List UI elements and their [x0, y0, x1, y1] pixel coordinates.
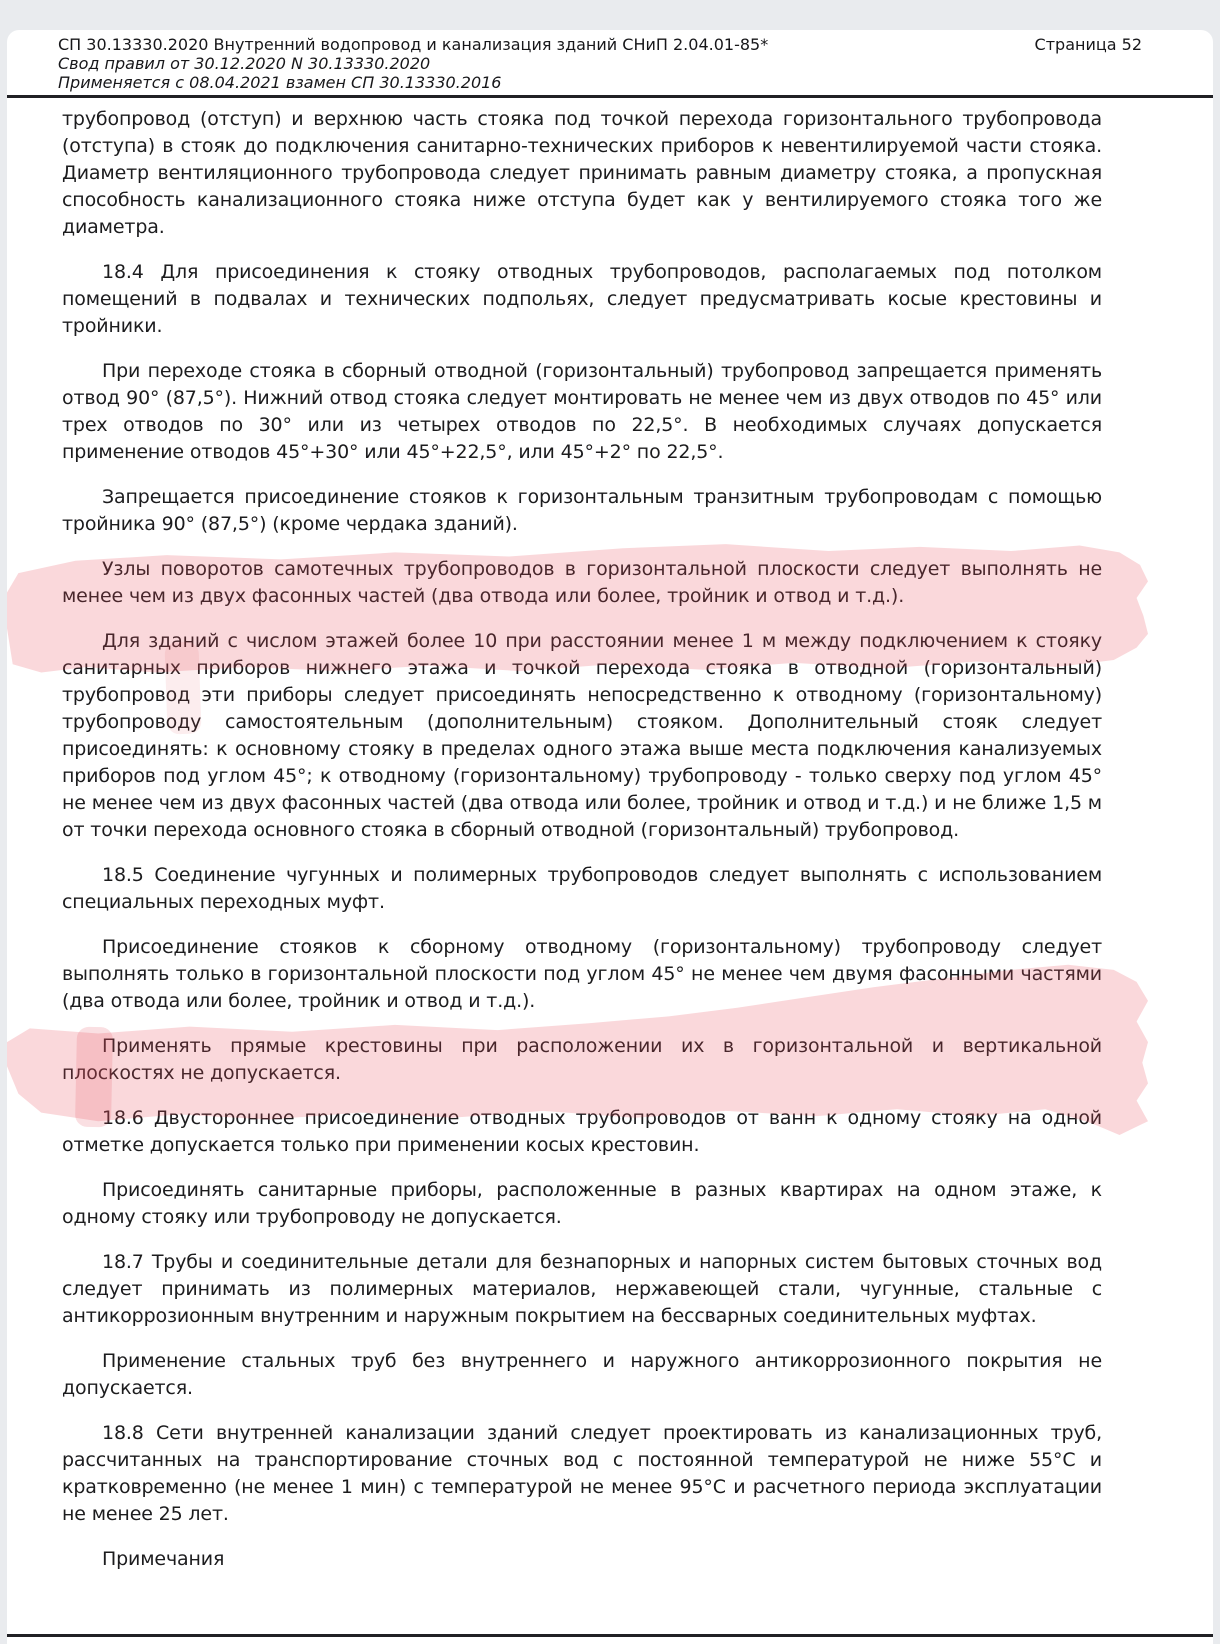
- paragraph-text: Применение стальных труб без внутреннего…: [62, 1350, 1102, 1399]
- paragraph: Примечания: [62, 1546, 1102, 1573]
- paragraph-text: Присоединять санитарные приборы, располо…: [62, 1179, 1102, 1228]
- document-header: СП 30.13330.2020 Внутренний водопровод и…: [7, 30, 1213, 92]
- paragraph-text: 18.5 Соединение чугунных и полимерных тр…: [62, 864, 1102, 913]
- paragraph-text: 18.7 Трубы и соединительные детали для б…: [62, 1251, 1102, 1327]
- paragraph: Применение стальных труб без внутреннего…: [62, 1348, 1102, 1402]
- paragraph: При переходе стояка в сборный отводной (…: [62, 358, 1102, 466]
- paragraph: Присоединять санитарные приборы, располо…: [62, 1177, 1102, 1231]
- paragraph: 18.8 Сети внутренней канализации зданий …: [62, 1420, 1102, 1528]
- header-title-row: СП 30.13330.2020 Внутренний водопровод и…: [58, 35, 1142, 54]
- paragraph-text: 18.6 Двустороннее присоединение отводных…: [62, 1107, 1102, 1156]
- document-subtitle-rule-date: Свод правил от 30.12.2020 N 30.13330.202…: [58, 54, 1142, 73]
- paragraph: 18.6 Двустороннее присоединение отводных…: [62, 1105, 1102, 1159]
- footer-divider: [7, 1634, 1213, 1637]
- paragraph-text: Присоединение стояков к сборному отводно…: [62, 936, 1102, 1012]
- paragraph-text: Узлы поворотов самотечных трубопроводов …: [62, 558, 1102, 607]
- paragraph-text: При переходе стояка в сборный отводной (…: [62, 360, 1102, 463]
- paragraph-text: Применять прямые крестовины при располож…: [62, 1035, 1102, 1084]
- document-body: трубопровод (отступ) и верхнюю часть сто…: [7, 98, 1213, 1573]
- paragraph: Узлы поворотов самотечных трубопроводов …: [62, 556, 1102, 610]
- paragraph-text: Примечания: [102, 1548, 224, 1570]
- paragraph: 18.4 Для присоединения к стояку отводных…: [62, 259, 1102, 340]
- paragraph: 18.5 Соединение чугунных и полимерных тр…: [62, 862, 1102, 916]
- paragraph-text: трубопровод (отступ) и верхнюю часть сто…: [62, 108, 1102, 238]
- document-title: СП 30.13330.2020 Внутренний водопровод и…: [58, 35, 768, 54]
- paragraph: Запрещается присоединение стояков к гори…: [62, 484, 1102, 538]
- paragraph-text: Запрещается присоединение стояков к гори…: [62, 486, 1102, 535]
- paragraph-text: 18.4 Для присоединения к стояку отводных…: [62, 261, 1102, 337]
- paragraph: Присоединение стояков к сборному отводно…: [62, 934, 1102, 1015]
- document-subtitle-effective-date: Применяется с 08.04.2021 взамен СП 30.13…: [58, 73, 1142, 92]
- page-number-label: Страница 52: [1035, 35, 1142, 54]
- paragraph: 18.7 Трубы и соединительные детали для б…: [62, 1249, 1102, 1330]
- paragraph: Для зданий с числом этажей более 10 при …: [62, 628, 1102, 844]
- paragraph: трубопровод (отступ) и верхнюю часть сто…: [62, 106, 1102, 241]
- document-body-viewport: трубопровод (отступ) и верхнюю часть сто…: [7, 98, 1213, 1634]
- paragraph-text: Для зданий с числом этажей более 10 при …: [62, 630, 1102, 841]
- paragraph: Применять прямые крестовины при располож…: [62, 1033, 1102, 1087]
- document-page: СП 30.13330.2020 Внутренний водопровод и…: [7, 30, 1213, 1644]
- paragraph-text: 18.8 Сети внутренней канализации зданий …: [62, 1422, 1102, 1525]
